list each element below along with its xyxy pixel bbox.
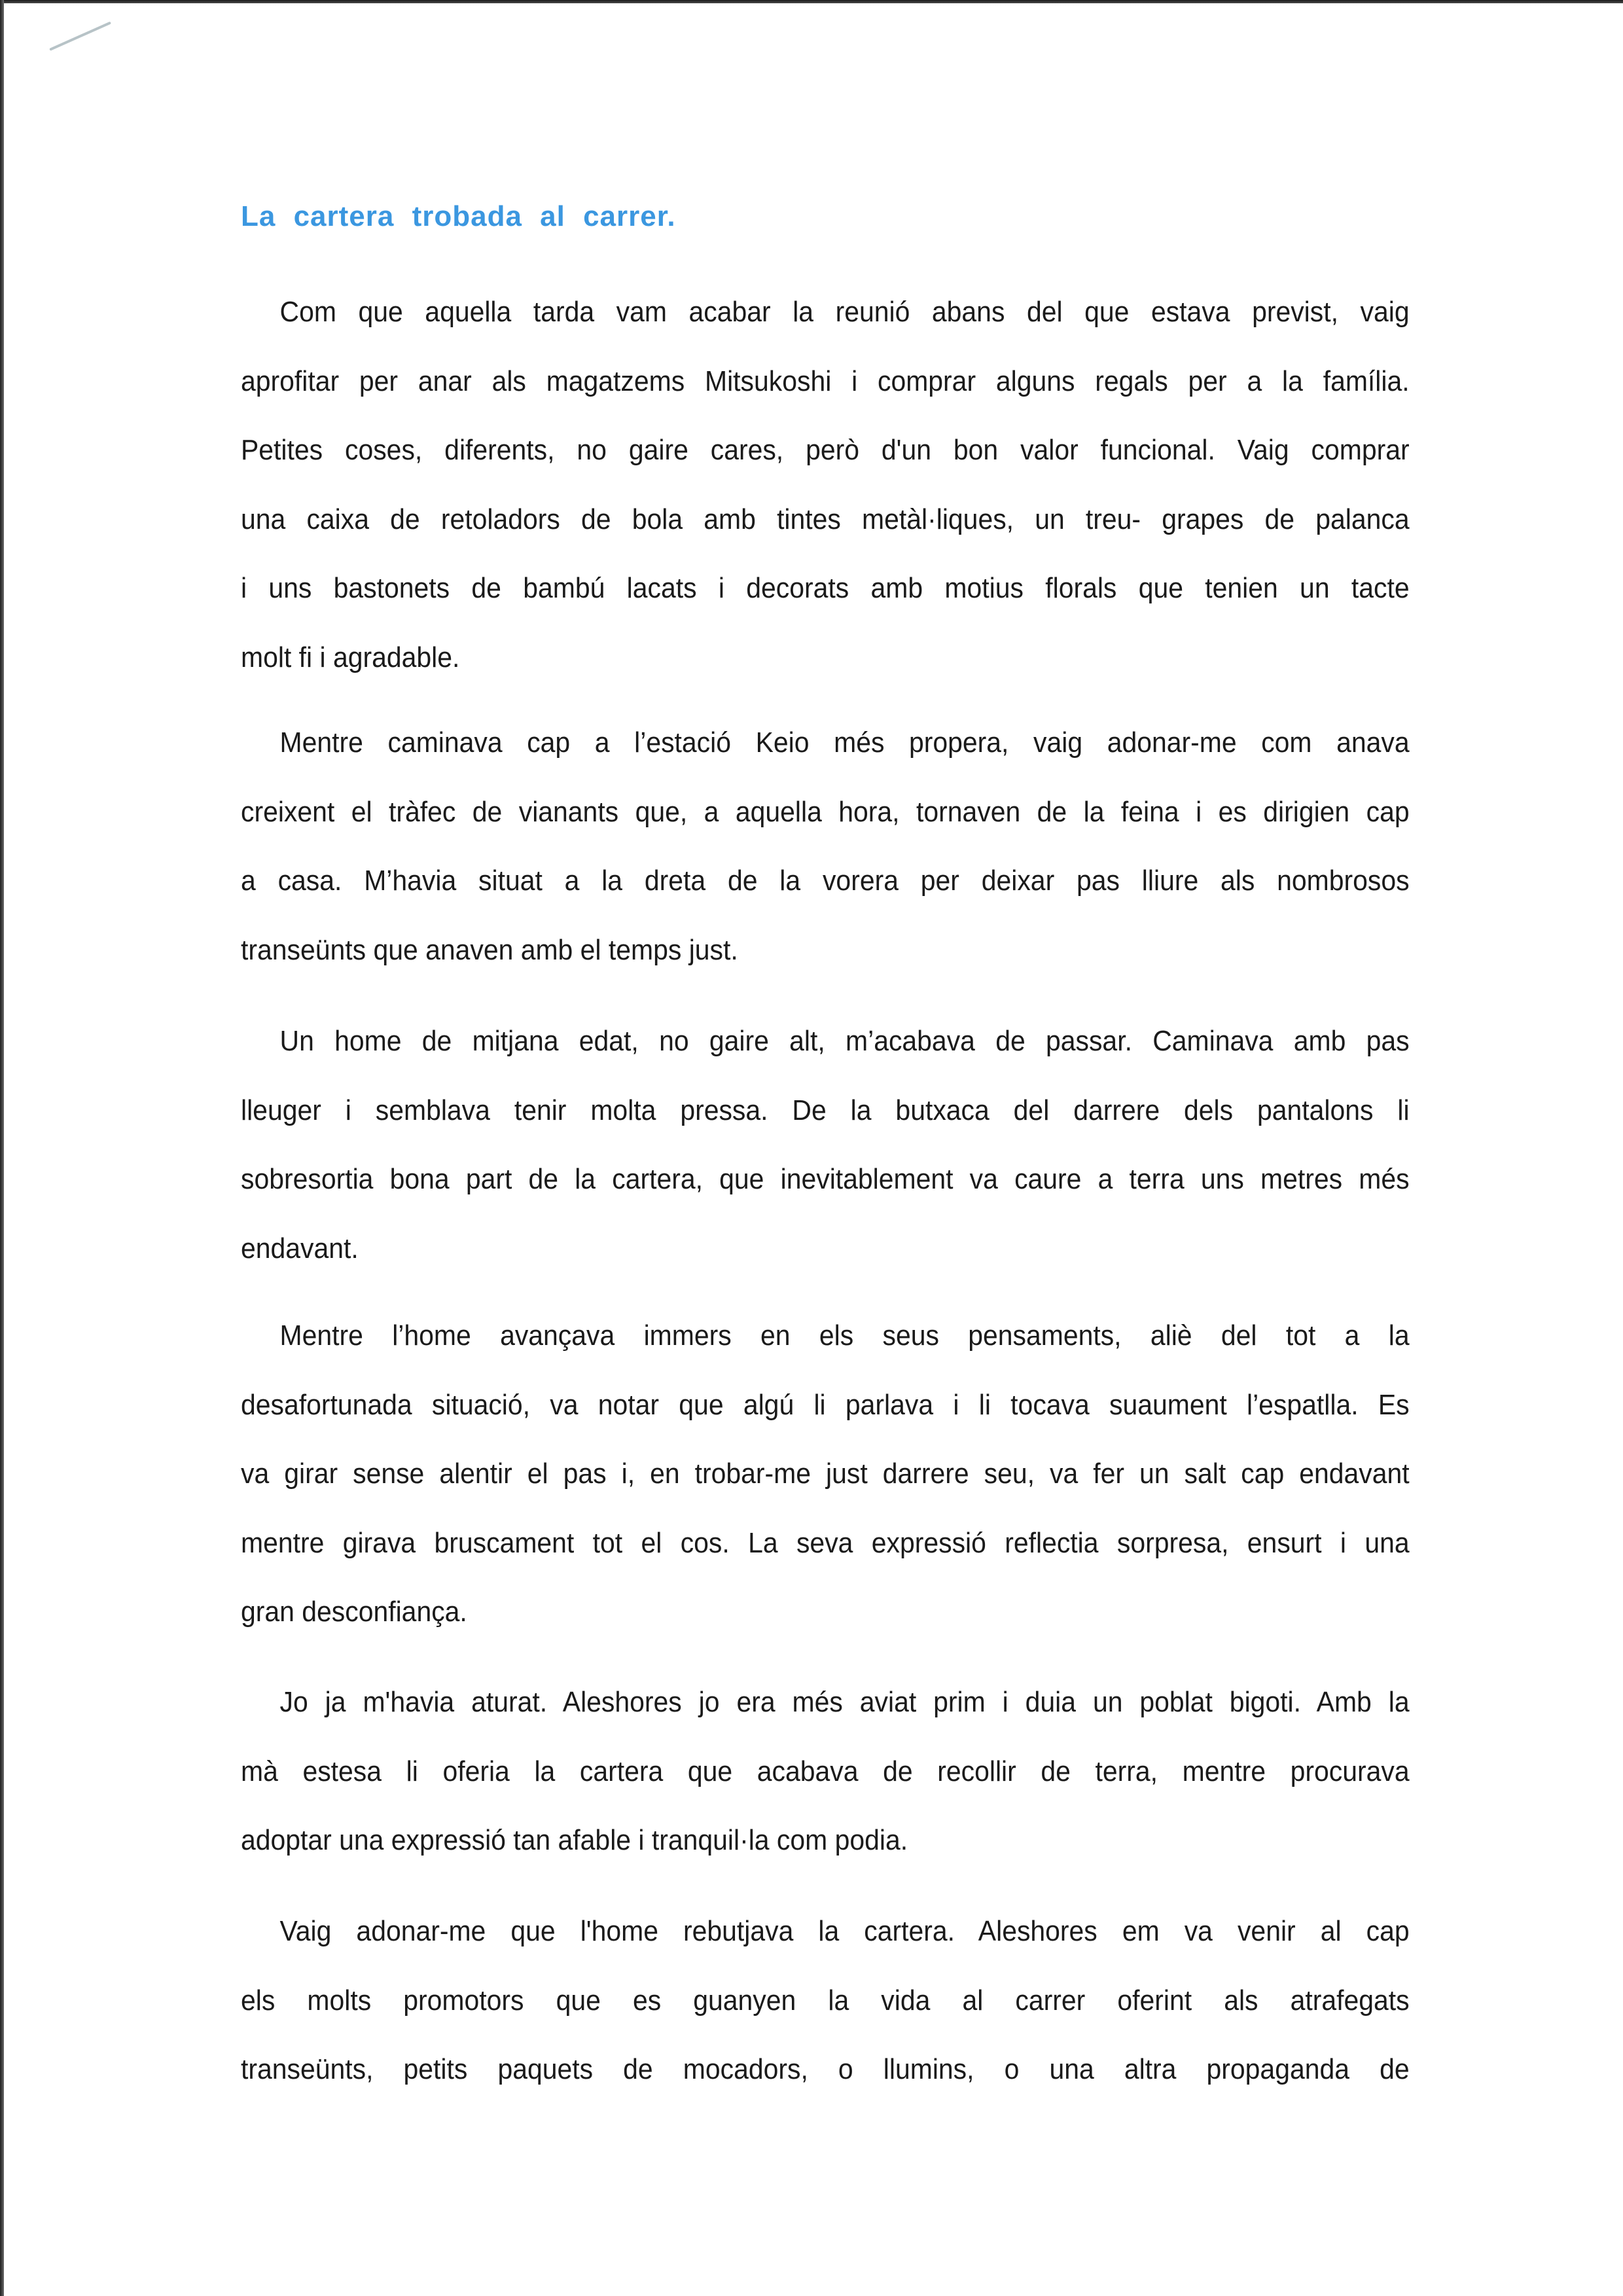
paragraph-5: Jo ja m'havia aturat. Aleshores jo era m… <box>241 1668 1410 1875</box>
paragraph-1: Com que aquella tarda vam acabar la reun… <box>241 278 1410 692</box>
paragraph-line: aprofitar per anar als magatzems Mitsuko… <box>241 347 1410 416</box>
paragraph-line: va girar sense alentir el pas i, en trob… <box>241 1439 1410 1509</box>
paragraph-4: Mentre l’home avançava immers en els seu… <box>241 1301 1410 1647</box>
scan-edge-top <box>0 0 1623 3</box>
paragraph-line: transeünts, petits paquets de mocadors, … <box>241 2035 1410 2104</box>
paragraph-line: Mentre caminava cap a l’estació Keio més… <box>241 708 1410 778</box>
paragraph-line: sobresortia bona part de la cartera, que… <box>241 1145 1410 1214</box>
paragraph-line: Petites coses, diferents, no gaire cares… <box>241 416 1410 485</box>
paragraph-line: lleuger i semblava tenir molta pressa. D… <box>241 1076 1410 1145</box>
paragraph-line: endavant. <box>241 1214 1410 1283</box>
paragraph-3: Un home de mitjana edat, no gaire alt, m… <box>241 1007 1410 1283</box>
paragraph-line: a casa. M’havia situat a la dreta de la … <box>241 846 1410 916</box>
paragraph-line: gran desconfiança. <box>241 1577 1410 1647</box>
paragraph-line: una caixa de retoladors de bola amb tint… <box>241 485 1410 554</box>
paragraph-line: Vaig adonar-me que l'home rebutjava la c… <box>241 1897 1410 1966</box>
paragraph-line: mà estesa li oferia la cartera que acaba… <box>241 1737 1410 1806</box>
paragraph-6: Vaig adonar-me que l'home rebutjava la c… <box>241 1897 1410 2104</box>
document-title: La cartera trobada al carrer. <box>241 200 676 233</box>
pen-mark <box>49 22 111 51</box>
paragraph-line: Com que aquella tarda vam acabar la reun… <box>241 278 1410 347</box>
paragraph-line: creixent el tràfec de vianants que, a aq… <box>241 778 1410 847</box>
paragraph-line: els molts promotors que es guanyen la vi… <box>241 1966 1410 2036</box>
paragraph-2: Mentre caminava cap a l’estació Keio més… <box>241 708 1410 984</box>
paragraph-line: i uns bastonets de bambú lacats i decora… <box>241 554 1410 623</box>
paragraph-line: Jo ja m'havia aturat. Aleshores jo era m… <box>241 1668 1410 1737</box>
paragraph-line: transeünts que anaven amb el temps just. <box>241 916 1410 985</box>
paragraph-line: Un home de mitjana edat, no gaire alt, m… <box>241 1007 1410 1076</box>
paragraph-line: molt fi i agradable. <box>241 623 1410 692</box>
scan-edge-left <box>0 0 4 2296</box>
paragraph-line: mentre girava bruscament tot el cos. La … <box>241 1509 1410 1578</box>
paragraph-line: Mentre l’home avançava immers en els seu… <box>241 1301 1410 1371</box>
paragraph-line: adoptar una expressió tan afable i tranq… <box>241 1806 1410 1875</box>
paragraph-line: desafortunada situació, va notar que alg… <box>241 1371 1410 1440</box>
